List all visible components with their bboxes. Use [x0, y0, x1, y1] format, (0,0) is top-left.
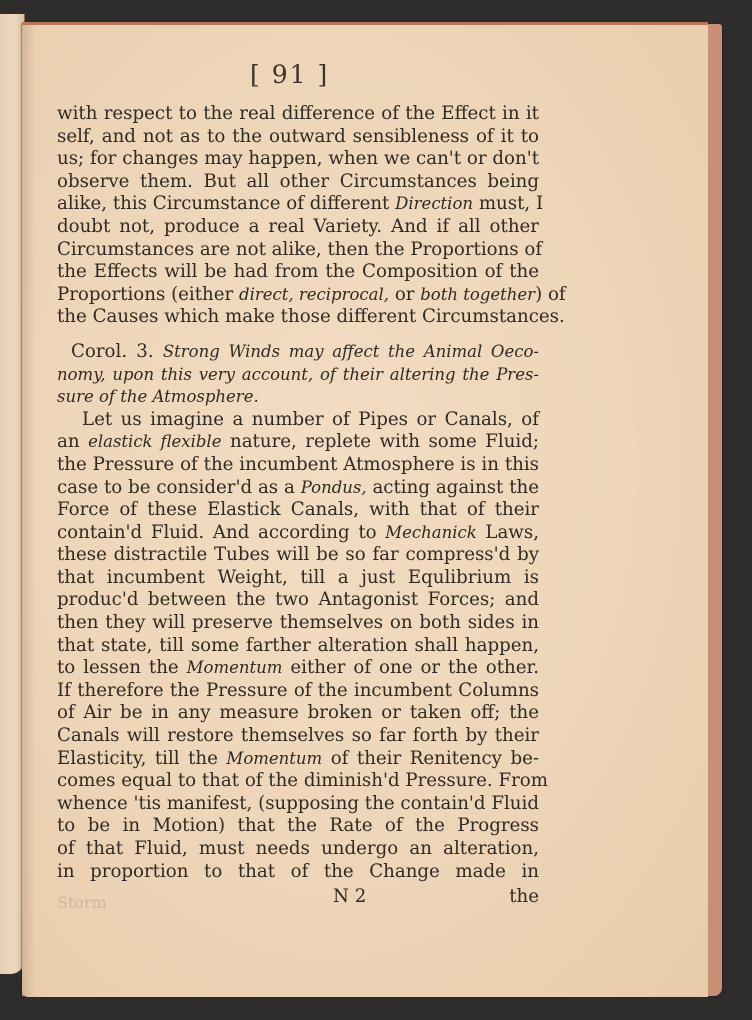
- text-line: that incumbent Weight, till a just Equli…: [57, 567, 539, 590]
- italic-text: Mechanick: [385, 523, 477, 542]
- text-line: Elasticity, till the Momentum of their R…: [57, 748, 539, 771]
- roman-text: must, I: [473, 193, 543, 214]
- text-line: the Pressure of the incumbent Atmosphere…: [57, 454, 539, 477]
- text-line: comes equal to that of the diminish'd Pr…: [57, 770, 539, 793]
- text-line: of Air be in any measure broken or taken…: [57, 702, 539, 725]
- text-line: in proportion to that of the Change made…: [57, 861, 539, 884]
- roman-text: in proportion to that of the Change made…: [57, 861, 539, 882]
- roman-text: of their Renitency be-: [322, 748, 539, 769]
- text-line: us; for changes may happen, when we can'…: [57, 148, 539, 171]
- page-text: with respect to the real difference of t…: [57, 103, 539, 883]
- text-line: Circumstances are not alike, then the Pr…: [57, 239, 539, 262]
- roman-text: of Air be in any measure broken or taken…: [57, 702, 539, 723]
- roman-text: either of one or the other.: [282, 657, 539, 678]
- roman-text: Laws,: [477, 522, 539, 543]
- text-line: then they will preserve themselves on bo…: [57, 612, 539, 635]
- signature-mark: N 2: [333, 886, 366, 907]
- text-line: an elastick flexible nature, replete wit…: [57, 431, 539, 454]
- roman-text: case to be consider'd as a: [57, 477, 301, 498]
- roman-text: self, and not as to the outward sensible…: [57, 126, 539, 147]
- text-line: contain'd Fluid. And according to Mechan…: [57, 522, 539, 545]
- roman-text: the Causes which make those different Ci…: [57, 306, 565, 327]
- italic-text: both together: [420, 285, 535, 304]
- paragraph-2: Let us imagine a number of Pipes or Cana…: [57, 409, 539, 883]
- roman-text: to lessen the: [57, 657, 187, 678]
- text-line: that state, till some farther alteration…: [57, 635, 539, 658]
- text-line: Canals will restore themselves so far fo…: [57, 725, 539, 748]
- text-line: self, and not as to the outward sensible…: [57, 126, 539, 149]
- roman-text: contain'd Fluid. And according to: [57, 522, 385, 543]
- text-line: the Causes which make those different Ci…: [57, 306, 539, 329]
- roman-text: alike, this Circumstance of different: [57, 193, 395, 214]
- text-line: Let us imagine a number of Pipes or Cana…: [57, 409, 539, 432]
- text-line: Proportions (either direct, reciprocal, …: [57, 284, 539, 307]
- roman-text: an: [57, 431, 88, 452]
- text-line: whence 'tis manifest, (supposing the con…: [57, 793, 539, 816]
- corollary-line: sure of the Atmosphere.: [57, 386, 539, 409]
- roman-text: nature, replete with some Fluid;: [221, 431, 539, 452]
- roman-text: Proportions (either: [57, 284, 239, 305]
- roman-text: Circumstances are not alike, then the Pr…: [57, 239, 542, 260]
- italic-text: Pondus,: [301, 478, 367, 497]
- roman-text: observe them. But all other Circumstance…: [57, 171, 539, 192]
- paragraph-1: with respect to the real difference of t…: [57, 103, 539, 329]
- roman-text: Force of these Elastick Canals, with tha…: [57, 499, 539, 520]
- roman-text: the Effects will be had from the Composi…: [57, 261, 539, 282]
- roman-text: that state, till some farther alteration…: [57, 635, 539, 656]
- roman-text: these distractile Tubes will be so far c…: [57, 544, 539, 565]
- italic-text: direct, reciprocal,: [239, 285, 389, 304]
- text-line: to be in Motion) that the Rate of the Pr…: [57, 815, 539, 838]
- italic-text: Momentum: [187, 658, 283, 677]
- roman-text: produc'd between the two Antagonist Forc…: [57, 589, 539, 610]
- roman-text: acting against the: [367, 477, 539, 498]
- catchword: the: [509, 886, 539, 907]
- corollary: Corol. 3. Strong Winds may affect the An…: [57, 341, 539, 409]
- text-line: to lessen the Momentum either of one or …: [57, 657, 539, 680]
- roman-text: the Pressure of the incumbent Atmosphere…: [57, 454, 539, 475]
- page-footer: N 2 the: [57, 886, 539, 910]
- roman-text: or: [389, 284, 420, 305]
- roman-text: Let us imagine a number of Pipes or Cana…: [82, 409, 539, 430]
- roman-text: Canals will restore themselves so far fo…: [57, 725, 539, 746]
- scan-background-top: [0, 0, 752, 24]
- roman-text: us; for changes may happen, when we can'…: [57, 148, 539, 169]
- page-number: [ 91 ]: [250, 60, 329, 89]
- roman-text: with respect to the real difference of t…: [57, 103, 539, 124]
- text-line: produc'd between the two Antagonist Forc…: [57, 589, 539, 612]
- roman-text: to be in Motion) that the Rate of the Pr…: [57, 815, 539, 836]
- italic-text: elastick flexible: [88, 432, 221, 451]
- italic-text: Momentum: [226, 749, 322, 768]
- roman-text: Elasticity, till the: [57, 748, 226, 769]
- roman-text: doubt not, produce a real Variety. And i…: [57, 216, 539, 237]
- roman-text: comes equal to that of the diminish'd Pr…: [57, 770, 548, 791]
- corollary-text: Strong Winds may affect the Animal Oeco-: [163, 342, 539, 361]
- text-line: with respect to the real difference of t…: [57, 103, 539, 126]
- roman-text: whence 'tis manifest, (supposing the con…: [57, 793, 539, 814]
- roman-text: ) of: [535, 284, 566, 305]
- text-line: doubt not, produce a real Variety. And i…: [57, 216, 539, 239]
- text-line: If therefore the Pressure of the incumbe…: [57, 680, 539, 703]
- corollary-label: Corol. 3.: [71, 341, 154, 362]
- roman-text: If therefore the Pressure of the incumbe…: [57, 680, 539, 701]
- text-line: these distractile Tubes will be so far c…: [57, 544, 539, 567]
- text-line: observe them. But all other Circumstance…: [57, 171, 539, 194]
- corollary-line: nomy, upon this very account, of their a…: [57, 364, 539, 387]
- paragraph-gap: [57, 329, 539, 341]
- text-line: Force of these Elastick Canals, with tha…: [57, 499, 539, 522]
- text-line: alike, this Circumstance of different Di…: [57, 193, 539, 216]
- roman-text: that incumbent Weight, till a just Equli…: [57, 567, 539, 588]
- roman-text: then they will preserve themselves on bo…: [57, 612, 539, 633]
- text-line: the Effects will be had from the Composi…: [57, 261, 539, 284]
- text-line: case to be consider'd as a Pondus, actin…: [57, 477, 539, 500]
- corollary-line: Corol. 3. Strong Winds may affect the An…: [57, 341, 539, 364]
- roman-text: of that Fluid, must needs undergo an alt…: [57, 838, 539, 859]
- italic-text: Direction: [395, 194, 473, 213]
- text-line: of that Fluid, must needs undergo an alt…: [57, 838, 539, 861]
